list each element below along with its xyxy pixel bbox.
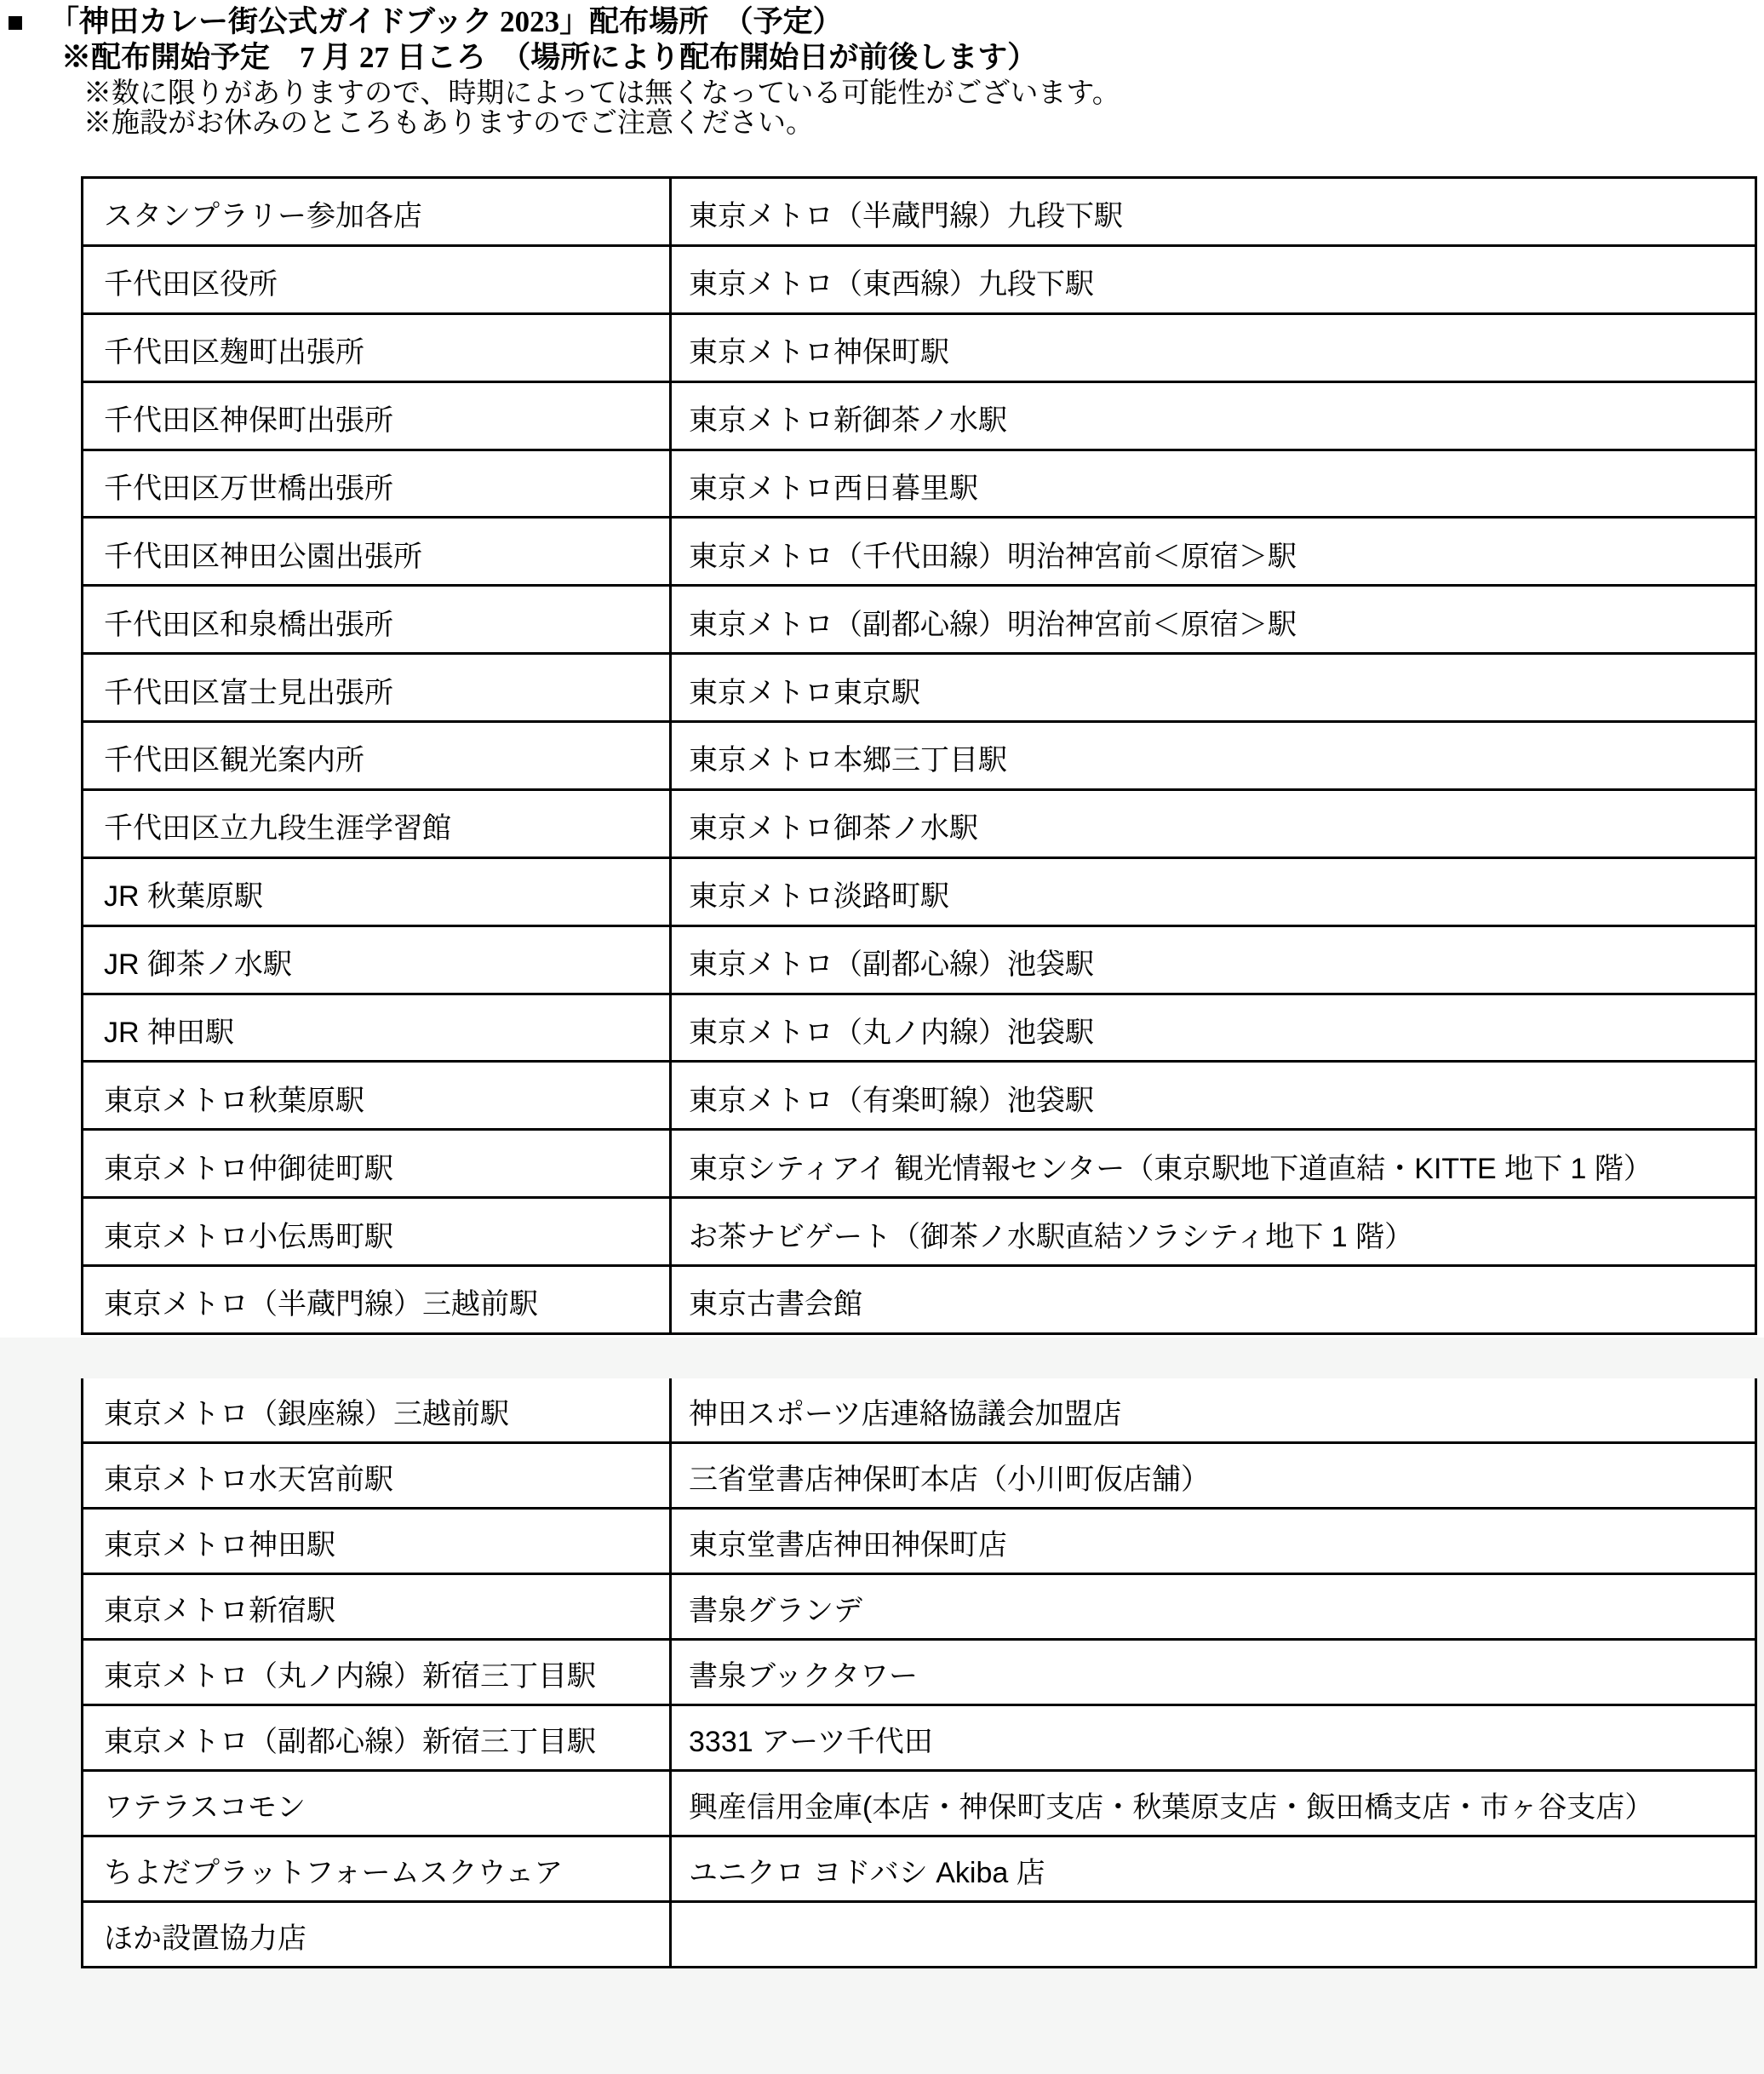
location-cell-left: 千代田区神保町出張所 <box>83 383 669 449</box>
table-row: 千代田区和泉橋出張所東京メトロ（副都心線）明治神宮前＜原宿＞駅 <box>83 584 1755 652</box>
table-row: 千代田区役所東京メトロ（東西線）九段下駅 <box>83 244 1755 312</box>
location-cell-left: 東京メトロ（副都心線）新宿三丁目駅 <box>83 1706 669 1769</box>
location-cell-right: 東京メトロ東京駅 <box>669 655 1755 720</box>
location-cell-right: 東京メトロ神保町駅 <box>669 315 1755 381</box>
page: { "header": { "bullet": "■", "title": "「… <box>0 0 1764 2074</box>
location-cell-right: 東京堂書店神田神保町店 <box>669 1510 1755 1573</box>
table-row: スタンプラリー参加各店東京メトロ（半蔵門線）九段下駅 <box>83 179 1755 244</box>
location-cell-right: 東京メトロ（有楽町線）池袋駅 <box>669 1063 1755 1128</box>
location-cell-right: 東京メトロ淡路町駅 <box>669 859 1755 925</box>
location-cell-right: 東京シティアイ 観光情報センター（東京駅地下道直結・KITTE 地下 1 階） <box>669 1131 1755 1196</box>
location-cell-left: 東京メトロ新宿駅 <box>83 1575 669 1638</box>
location-cell-left: 千代田区神田公園出張所 <box>83 518 669 584</box>
location-cell-right: 書泉ブックタワー <box>669 1641 1755 1704</box>
location-cell-left: 東京メトロ秋葉原駅 <box>83 1063 669 1128</box>
location-cell-left: 千代田区万世橋出張所 <box>83 451 669 517</box>
location-cell-left: 東京メトロ（半蔵門線）三越前駅 <box>83 1267 669 1332</box>
location-cell-left: 東京メトロ（銀座線）三越前駅 <box>83 1378 669 1441</box>
table-row: JR 神田駅東京メトロ（丸ノ内線）池袋駅 <box>83 993 1755 1061</box>
table-row: 東京メトロ新宿駅書泉グランデ <box>83 1573 1755 1638</box>
location-cell-right: 興産信用金庫(本店・神保町支店・秋葉原支店・飯田橋支店・市ヶ谷支店） <box>669 1772 1755 1835</box>
table-row: JR 御茶ノ水駅東京メトロ（副都心線）池袋駅 <box>83 925 1755 993</box>
location-cell-left: ほか設置協力店 <box>83 1903 669 1966</box>
location-cell-left: ワテラスコモン <box>83 1772 669 1835</box>
table-row: ほか設置協力店 <box>83 1900 1755 1966</box>
location-cell-right: 東京メトロ（千代田線）明治神宮前＜原宿＞駅 <box>669 518 1755 584</box>
table-row: 千代田区富士見出張所東京メトロ東京駅 <box>83 652 1755 720</box>
table-row: 東京メトロ水天宮前駅三省堂書店神保町本店（小川町仮店舗） <box>83 1441 1755 1507</box>
location-cell-left: 東京メトロ水天宮前駅 <box>83 1444 669 1507</box>
table-row: ちよだプラットフォームスクウェアユニクロ ヨドバシ Akiba 店 <box>83 1835 1755 1900</box>
location-cell-left: ちよだプラットフォームスクウェア <box>83 1837 669 1900</box>
table-row: 東京メトロ小伝馬町駅お茶ナビゲート（御茶ノ水駅直結ソラシティ地下 1 階） <box>83 1196 1755 1264</box>
table-row: 東京メトロ（半蔵門線）三越前駅東京古書会館 <box>83 1264 1755 1332</box>
location-cell-left: JR 神田駅 <box>83 995 669 1061</box>
location-cell-right: 東京古書会館 <box>669 1267 1755 1332</box>
location-cell-right <box>669 1903 1755 1966</box>
location-cell-right: 東京メトロ（東西線）九段下駅 <box>669 247 1755 312</box>
distribution-table-1: スタンプラリー参加各店東京メトロ（半蔵門線）九段下駅千代田区役所東京メトロ（東西… <box>81 176 1757 1335</box>
location-cell-right: 3331 アーツ千代田 <box>669 1706 1755 1769</box>
location-cell-right: 三省堂書店神保町本店（小川町仮店舗） <box>669 1444 1755 1507</box>
location-cell-left: JR 秋葉原駅 <box>83 859 669 925</box>
table-row: JR 秋葉原駅東京メトロ淡路町駅 <box>83 857 1755 925</box>
table-row: 千代田区麹町出張所東京メトロ神保町駅 <box>83 312 1755 381</box>
document-title-line: ■ 「神田カレー街公式ガイドブック 2023」配布場所 （予定） <box>7 5 843 40</box>
location-cell-left: 東京メトロ仲御徒町駅 <box>83 1131 669 1196</box>
table-row: 東京メトロ仲御徒町駅東京シティアイ 観光情報センター（東京駅地下道直結・KITT… <box>83 1128 1755 1196</box>
location-cell-left: 千代田区和泉橋出張所 <box>83 587 669 652</box>
location-cell-right: 神田スポーツ店連絡協議会加盟店 <box>669 1378 1755 1441</box>
location-cell-right: お茶ナビゲート（御茶ノ水駅直結ソラシティ地下 1 階） <box>669 1199 1755 1264</box>
location-cell-right: 東京メトロ（丸ノ内線）池袋駅 <box>669 995 1755 1061</box>
location-cell-right: 東京メトロ（副都心線）明治神宮前＜原宿＞駅 <box>669 587 1755 652</box>
table-row: 千代田区観光案内所東京メトロ本郷三丁目駅 <box>83 720 1755 788</box>
section-bullet: ■ <box>7 8 24 40</box>
table-row: ワテラスコモン興産信用金庫(本店・神保町支店・秋葉原支店・飯田橋支店・市ヶ谷支店… <box>83 1769 1755 1835</box>
location-cell-right: 書泉グランデ <box>669 1575 1755 1638</box>
facility-closed-note: ※施設がお休みのところもありますのでご注意ください。 <box>83 108 814 140</box>
location-cell-left: スタンプラリー参加各店 <box>83 179 669 244</box>
location-cell-left: 千代田区富士見出張所 <box>83 655 669 720</box>
location-cell-left: 東京メトロ神田駅 <box>83 1510 669 1573</box>
location-cell-right: ユニクロ ヨドバシ Akiba 店 <box>669 1837 1755 1900</box>
location-cell-left: 千代田区役所 <box>83 247 669 312</box>
table-row: 東京メトロ（丸ノ内線）新宿三丁目駅書泉ブックタワー <box>83 1638 1755 1704</box>
table-row: 千代田区神田公園出張所東京メトロ（千代田線）明治神宮前＜原宿＞駅 <box>83 516 1755 584</box>
location-cell-left: 千代田区観光案内所 <box>83 723 669 788</box>
location-cell-right: 東京メトロ新御茶ノ水駅 <box>669 383 1755 449</box>
distribution-table-2: 東京メトロ（銀座線）三越前駅神田スポーツ店連絡協議会加盟店東京メトロ水天宮前駅三… <box>81 1378 1757 1968</box>
location-cell-left: 千代田区麹町出張所 <box>83 315 669 381</box>
location-cell-left: 千代田区立九段生涯学習館 <box>83 791 669 857</box>
table-row: 千代田区神保町出張所東京メトロ新御茶ノ水駅 <box>83 381 1755 449</box>
table-row: 東京メトロ秋葉原駅東京メトロ（有楽町線）池袋駅 <box>83 1060 1755 1128</box>
table-row: 東京メトロ（銀座線）三越前駅神田スポーツ店連絡協議会加盟店 <box>83 1378 1755 1441</box>
limited-stock-note: ※数に限りがありますので、時期によっては無くなっている可能性がございます。 <box>83 78 1120 111</box>
table-row: 東京メトロ（副都心線）新宿三丁目駅3331 アーツ千代田 <box>83 1704 1755 1769</box>
location-cell-right: 東京メトロ本郷三丁目駅 <box>669 723 1755 788</box>
location-cell-left: 東京メトロ小伝馬町駅 <box>83 1199 669 1264</box>
table-row: 千代田区立九段生涯学習館東京メトロ御茶ノ水駅 <box>83 788 1755 857</box>
distribution-start-note: ※配布開始予定 7 月 27 日ころ （場所により配布開始日が前後します） <box>61 41 1037 75</box>
location-cell-right: 東京メトロ御茶ノ水駅 <box>669 791 1755 857</box>
location-cell-right: 東京メトロ西日暮里駅 <box>669 451 1755 517</box>
location-cell-left: 東京メトロ（丸ノ内線）新宿三丁目駅 <box>83 1641 669 1704</box>
location-cell-right: 東京メトロ（半蔵門線）九段下駅 <box>669 179 1755 244</box>
location-cell-left: JR 御茶ノ水駅 <box>83 927 669 993</box>
page-title: 「神田カレー街公式ガイドブック 2023」配布場所 （予定） <box>49 5 843 39</box>
location-cell-right: 東京メトロ（副都心線）池袋駅 <box>669 927 1755 993</box>
table-row: 千代田区万世橋出張所東京メトロ西日暮里駅 <box>83 449 1755 517</box>
table-row: 東京メトロ神田駅東京堂書店神田神保町店 <box>83 1507 1755 1573</box>
